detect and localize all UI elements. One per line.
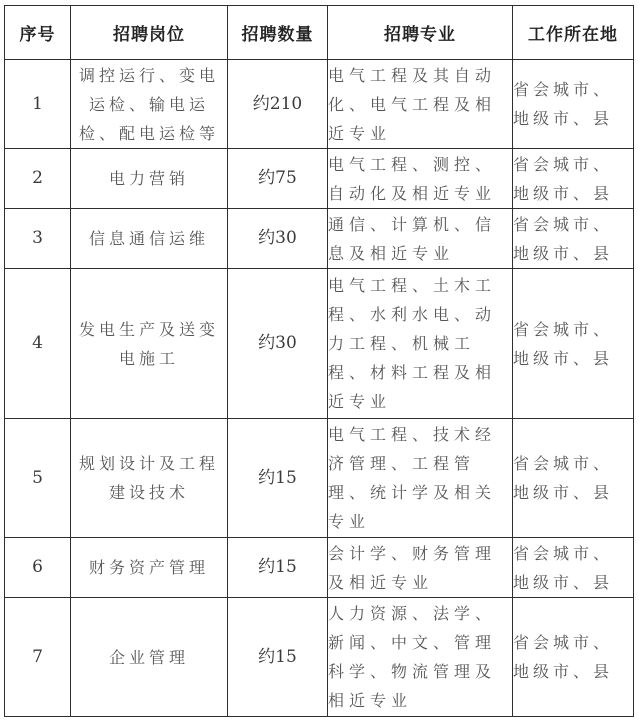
row-location-line: 地级市、县 bbox=[513, 657, 633, 686]
row-major-line: 及相近专业 bbox=[328, 568, 512, 597]
row-major-line: 程、水利水电、动 bbox=[328, 300, 512, 329]
row-count: 约210 bbox=[228, 60, 328, 149]
header-major: 招聘专业 bbox=[328, 6, 513, 60]
row-position-line: 检、配电运检等 bbox=[71, 119, 227, 148]
row-major-line: 会计学、财务管理 bbox=[328, 539, 512, 568]
row-position: 财务资产管理 bbox=[71, 538, 228, 598]
row-location-line: 地级市、县 bbox=[513, 104, 633, 133]
row-position-line: 发电生产及送变 bbox=[71, 315, 227, 344]
row-location-line: 省会城市、 bbox=[513, 75, 633, 104]
row-location: 省会城市、地级市、县 bbox=[513, 538, 634, 598]
row-count: 约15 bbox=[228, 598, 328, 717]
row-location-line: 省会城市、 bbox=[513, 210, 633, 239]
row-location-line: 省会城市、 bbox=[513, 150, 633, 179]
row-major-line: 电气工程、测控、 bbox=[328, 150, 512, 179]
row-position-line: 建设技术 bbox=[71, 478, 227, 507]
row-position-line: 电力营销 bbox=[71, 164, 227, 193]
row-major-line: 力工程、机械工 bbox=[328, 329, 512, 358]
row-location: 省会城市、地级市、县 bbox=[513, 269, 634, 419]
header-count: 招聘数量 bbox=[228, 6, 328, 60]
row-major: 电气工程、测控、自动化及相近专业 bbox=[328, 149, 513, 209]
row-major: 电气工程、土木工程、水利水电、动力工程、机械工程、材料工程及相近专业 bbox=[328, 269, 513, 419]
row-major-line: 人力资源、法学、 bbox=[328, 599, 512, 628]
row-major-line: 科学、物流管理及 bbox=[328, 657, 512, 686]
row-location-line: 省会城市、 bbox=[513, 628, 633, 657]
row-position-line: 电施工 bbox=[71, 344, 227, 373]
table-row: 5 规划设计及工程建设技术 约15 电气工程、技术经济管理、工程管理、统计学及相… bbox=[5, 419, 634, 538]
row-major-line: 理、统计学及相关 bbox=[328, 478, 512, 507]
row-index: 5 bbox=[5, 419, 71, 538]
row-location-line: 地级市、县 bbox=[513, 179, 633, 208]
row-count: 约30 bbox=[228, 269, 328, 419]
recruitment-table: 序号 招聘岗位 招聘数量 招聘专业 工作所在地 1 调控运行、变电运检、输电运检… bbox=[4, 5, 634, 717]
row-major: 电气工程、技术经济管理、工程管理、统计学及相关专业 bbox=[328, 419, 513, 538]
row-count: 约30 bbox=[228, 209, 328, 269]
row-position: 企业管理 bbox=[71, 598, 228, 717]
row-major-line: 相近专业 bbox=[328, 686, 512, 715]
row-count: 约15 bbox=[228, 419, 328, 538]
row-major-line: 新闻、中文、管理 bbox=[328, 628, 512, 657]
header-location: 工作所在地 bbox=[513, 6, 634, 60]
row-location-line: 地级市、县 bbox=[513, 239, 633, 268]
row-major-line: 通信、计算机、信 bbox=[328, 210, 512, 239]
row-count: 约15 bbox=[228, 538, 328, 598]
row-location-line: 省会城市、 bbox=[513, 449, 633, 478]
row-major: 通信、计算机、信息及相近专业 bbox=[328, 209, 513, 269]
row-position: 电力营销 bbox=[71, 149, 228, 209]
row-position: 信息通信运维 bbox=[71, 209, 228, 269]
row-position: 发电生产及送变电施工 bbox=[71, 269, 228, 419]
row-major: 会计学、财务管理及相近专业 bbox=[328, 538, 513, 598]
row-position-line: 财务资产管理 bbox=[71, 553, 227, 582]
row-location-line: 地级市、县 bbox=[513, 478, 633, 507]
row-location: 省会城市、地级市、县 bbox=[513, 209, 634, 269]
table-row: 6 财务资产管理 约15 会计学、财务管理及相近专业 省会城市、地级市、县 bbox=[5, 538, 634, 598]
row-index: 2 bbox=[5, 149, 71, 209]
row-position-line: 企业管理 bbox=[71, 643, 227, 672]
row-location: 省会城市、地级市、县 bbox=[513, 419, 634, 538]
row-location: 省会城市、地级市、县 bbox=[513, 60, 634, 149]
row-index: 1 bbox=[5, 60, 71, 149]
row-major-line: 电气工程、技术经 bbox=[328, 420, 512, 449]
table-row: 2 电力营销 约75 电气工程、测控、自动化及相近专业 省会城市、地级市、县 bbox=[5, 149, 634, 209]
table-row: 4 发电生产及送变电施工 约30 电气工程、土木工程、水利水电、动力工程、机械工… bbox=[5, 269, 634, 419]
row-index: 6 bbox=[5, 538, 71, 598]
row-position: 调控运行、变电运检、输电运检、配电运检等 bbox=[71, 60, 228, 149]
row-major-line: 近专业 bbox=[328, 119, 512, 148]
row-major-line: 化、电气工程及相 bbox=[328, 90, 512, 119]
row-location-line: 地级市、县 bbox=[513, 344, 633, 373]
row-major-line: 程、材料工程及相 bbox=[328, 358, 512, 387]
row-major-line: 济管理、工程管 bbox=[328, 449, 512, 478]
row-position: 规划设计及工程建设技术 bbox=[71, 419, 228, 538]
row-location: 省会城市、地级市、县 bbox=[513, 598, 634, 717]
row-location-line: 省会城市、 bbox=[513, 315, 633, 344]
row-major-line: 息及相近专业 bbox=[328, 239, 512, 268]
row-location-line: 省会城市、 bbox=[513, 539, 633, 568]
row-position-line: 规划设计及工程 bbox=[71, 449, 227, 478]
table-row: 7 企业管理 约15 人力资源、法学、新闻、中文、管理科学、物流管理及相近专业 … bbox=[5, 598, 634, 717]
row-index: 7 bbox=[5, 598, 71, 717]
header-position: 招聘岗位 bbox=[71, 6, 228, 60]
row-major-line: 自动化及相近专业 bbox=[328, 179, 512, 208]
row-location: 省会城市、地级市、县 bbox=[513, 149, 634, 209]
row-count: 约75 bbox=[228, 149, 328, 209]
table-row: 1 调控运行、变电运检、输电运检、配电运检等 约210 电气工程及其自动化、电气… bbox=[5, 60, 634, 149]
row-position-line: 运检、输电运 bbox=[71, 90, 227, 119]
row-location-line: 地级市、县 bbox=[513, 568, 633, 597]
header-index: 序号 bbox=[5, 6, 71, 60]
row-major-line: 电气工程及其自动 bbox=[328, 61, 512, 90]
row-index: 4 bbox=[5, 269, 71, 419]
row-major-line: 专业 bbox=[328, 507, 512, 536]
row-major: 人力资源、法学、新闻、中文、管理科学、物流管理及相近专业 bbox=[328, 598, 513, 717]
table-row: 3 信息通信运维 约30 通信、计算机、信息及相近专业 省会城市、地级市、县 bbox=[5, 209, 634, 269]
header-row: 序号 招聘岗位 招聘数量 招聘专业 工作所在地 bbox=[5, 6, 634, 60]
row-major: 电气工程及其自动化、电气工程及相近专业 bbox=[328, 60, 513, 149]
row-index: 3 bbox=[5, 209, 71, 269]
row-position-line: 信息通信运维 bbox=[71, 224, 227, 253]
row-position-line: 调控运行、变电 bbox=[71, 61, 227, 90]
row-major-line: 电气工程、土木工 bbox=[328, 271, 512, 300]
row-major-line: 近专业 bbox=[328, 387, 512, 416]
